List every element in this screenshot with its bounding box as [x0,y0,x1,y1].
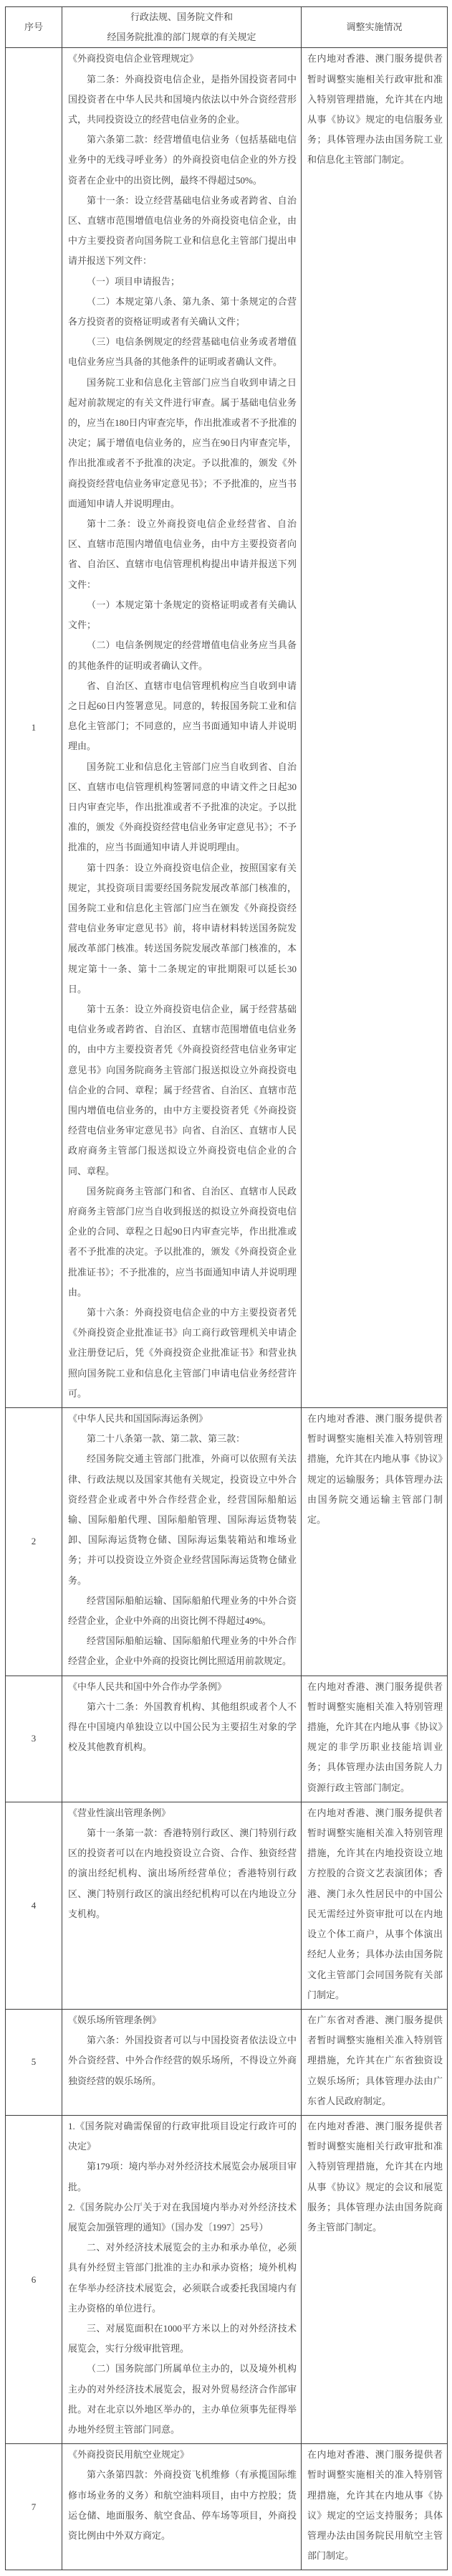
provisions-cell: 1.《国务院对确需保留的行政审批项目设定行政许可的决定》第179项：境内举办对外… [62,2115,302,2443]
paragraph: 第十二条：设立外商投资电信企业经营省、自治区、直辖市范围内增值电信业务，由中方主… [68,514,297,595]
provisions-cell: 《娱乐场所管理条例》第六条：外国投资者可以与中国投资者依法设立中外合资经营、中外… [62,2009,302,2115]
paragraph: 第十四条：设立外商投资电信企业，按照国家有关规定，其投资项目需要经国务院发展改革… [68,858,297,999]
header-adjustment: 调整实施情况 [302,7,448,48]
provisions-cell: 《外商投资电信企业管理规定》第二条：外商投资电信企业，是指外国投资者同中国投资者… [62,48,302,1408]
paragraph: 国务院商务主管部门和省、自治区、直辖市人民政府商务主管部门应当自收到报送的拟设立… [68,1182,297,1303]
header-provisions: 行政法规、国务院文件和 经国务院批准的部门规章的有关规定 [62,7,302,48]
paragraph: 在内地对香港、澳门服务提供者暂时调整实施相关准入特别管理措施，允许其在内地从事《… [307,1677,443,1798]
paragraph: （一）本规定第十条规定的资格证明或者有关确认文件； [68,595,297,635]
paragraph: 2.《国务院办公厅关于对在我国境内举办对外经济技术展览会加强管理的通知》（国办发… [68,2197,297,2238]
adjustment-cell: 在内地对香港、澳门服务提供者暂时调整实施相关准入特别管理措施，允许其在内地从事《… [302,1408,448,1676]
header-provisions-line1: 行政法规、国务院文件和 [65,7,298,27]
document-page: 序号 行政法规、国务院文件和 经国务院批准的部门规章的有关规定 调整实施情况 1… [0,0,452,2576]
table-body: 1《外商投资电信企业管理规定》第二条：外商投资电信企业，是指外国投资者同中国投资… [6,48,448,2570]
paragraph: 在内地对香港、澳门服务提供者暂时调整实施相关的准入特别管理措施，允许其在内地从事… [307,2445,443,2566]
adjustment-cell: 在内地对香港、澳门服务提供者暂时调整实施相关行政审批和准入特别管理措施，允许其在… [302,48,448,1408]
adjustment-cell: 在内地对香港、澳门服务提供者暂时调整实施相关准入特别管理措施，允许其在内地从事《… [302,1676,448,1802]
paragraph: 第十五条：设立外商投资电信企业，属于经营基础电信业务或者跨省、自治区、直辖市范围… [68,999,297,1182]
table-row: 7《外商投资民用航空业规定》第六条第四款：外商投资飞机维修（有承揽国际维修市场业… [6,2444,448,2570]
paragraph: 第六条：外国投资者可以与中国投资者依法设立中外合资经营、中外合作经营的娱乐场所，… [68,2030,297,2091]
adjustment-cell: 在内地对香港、澳门服务提供者暂时调整实施相关行政审批和准入特别管理措施，允许其在… [302,2115,448,2443]
paragraph: 在内地对香港、澳门服务提供者暂时调整实施相关行政审批和准入特别管理措施，允许其在… [307,49,443,170]
row-number-cell: 4 [6,1802,62,2009]
paragraph: 第六条第二款：经营增值电信业务（包括基础电信业务中的无线寻呼业务）的外商投资电信… [68,130,297,191]
header-row: 序号 行政法规、国务院文件和 经国务院批准的部门规章的有关规定 调整实施情况 [6,7,448,48]
row-number-cell: 3 [6,1676,62,1802]
row-number-cell: 1 [6,48,62,1408]
paragraph: 三、对展览面积在1000平方米以上的对外经济技术展览会，实行分级审批管理。 [68,2319,297,2359]
paragraph: 在广东省对香港、澳门服务提供者暂时调整实施相关准入特别管理措施，允许其在广东省独… [307,2010,443,2111]
paragraph: 《娱乐场所管理条例》 [68,2010,297,2030]
paragraph: 国务院工业和信息化主管部门应当自收到申请之日起对前款规定的有关文件进行审查。属于… [68,373,297,514]
paragraph: 国务院工业和信息化主管部门应当自收到省、自治区、直辖市电信管理机构签署同意的申请… [68,757,297,858]
paragraph: 第十六条：外商投资电信企业的中方主要投资者凭《外商投资企业批准证书》向工商行政管… [68,1303,297,1404]
paragraph: 第十一条第一款：香港特别行政区、澳门特别行政区的投资者可以在内地投资设立合资、合… [68,1823,297,1924]
paragraph: 经营国际船舶运输、国际船舶代理业务的中外合资经营企业，企业中外商的出资比例不得超… [68,1591,297,1631]
adjustment-cell: 在内地对香港、澳门服务提供者暂时调整实施相关准入特别管理措施，允许其在内地投资设… [302,1802,448,2009]
row-number-cell: 6 [6,2115,62,2443]
paragraph: 经国务院交通主管部门批准，外商可以依照有关法律、行政法规以及国家其他有关规定，投… [68,1449,297,1590]
row-number-cell: 2 [6,1408,62,1676]
table-row: 3《中华人民共和国中外合作办学条例》第六十二条：外国教育机构、其他组织或者个人不… [6,1676,448,1802]
paragraph: 第二条：外商投资电信企业，是指外国投资者同中国投资者在中华人民共和国境内依法以中… [68,70,297,130]
paragraph: 第二十八条第一款、第二款、第三款： [68,1429,297,1449]
paragraph: 第179项：境内举办对外经济技术展览会办展项目审批。 [68,2157,297,2197]
paragraph: （一）项目申请报告； [68,272,297,292]
paragraph: 第六十二条：外国教育机构、其他组织或者个人不得在中国境内单独设立以中国公民为主要… [68,1697,297,1758]
paragraph: （二）国务院部门所属单位主办的，以及境外机构主办的对外经济技术展览会，报对外贸易… [68,2359,297,2440]
paragraph: 在内地对香港、澳门服务提供者暂时调整实施相关准入特别管理措施，允许其在内地投资设… [307,1803,443,2005]
row-number-cell: 7 [6,2444,62,2570]
header-provisions-line2: 经国务院批准的部门规章的有关规定 [65,27,298,47]
adjustment-cell: 在广东省对香港、澳门服务提供者暂时调整实施相关准入特别管理措施，允许其在广东省独… [302,2009,448,2115]
header-serial-number: 序号 [6,7,62,48]
paragraph: 经营国际船舶运输、国际船舶代理业务的中外合作经营企业，企业中外商的投资比例比照适… [68,1631,297,1671]
table-header: 序号 行政法规、国务院文件和 经国务院批准的部门规章的有关规定 调整实施情况 [6,7,448,48]
paragraph: 在内地对香港、澳门服务提供者暂时调整实施相关准入特别管理措施，允许其在内地从事《… [307,1409,443,1530]
regulations-table: 序号 行政法规、国务院文件和 经国务院批准的部门规章的有关规定 调整实施情况 1… [5,6,448,2570]
paragraph: 《中华人民共和国中外合作办学条例》 [68,1677,297,1697]
table-row: 4《营业性演出管理条例》第十一条第一款：香港特别行政区、澳门特别行政区的投资者可… [6,1802,448,2009]
paragraph: 《外商投资民用航空业规定》 [68,2445,297,2465]
paragraph: 1.《国务院对确需保留的行政审批项目设定行政许可的决定》 [68,2116,297,2157]
paragraph: （二）电信条例规定的经营增值电信业务应当具备的其他条件的证明或者确认文件。 [68,635,297,675]
provisions-cell: 《中华人民共和国国际海运条例》第二十八条第一款、第二款、第三款：经国务院交通主管… [62,1408,302,1676]
provisions-cell: 《营业性演出管理条例》第十一条第一款：香港特别行政区、澳门特别行政区的投资者可以… [62,1802,302,2009]
adjustment-cell: 在内地对香港、澳门服务提供者暂时调整实施相关的准入特别管理措施，允许其在内地从事… [302,2444,448,2570]
paragraph: 在内地对香港、澳门服务提供者暂时调整实施相关行政审批和准入特别管理措施，允许其在… [307,2116,443,2238]
paragraph: 第六条第四款：外商投资飞机维修（有承揽国际维修市场业务的义务）和航空油料项目，由… [68,2465,297,2546]
table-row: 1《外商投资电信企业管理规定》第二条：外商投资电信企业，是指外国投资者同中国投资… [6,48,448,1408]
paragraph: 省、自治区、直辖市电信管理机构应当自收到申请之日起60日内签署意见。同意的，转报… [68,676,297,757]
paragraph: （二）本规定第八条、第九条、第十条规定的合营各方投资者的资格证明或者有关确认文件… [68,292,297,332]
provisions-cell: 《外商投资民用航空业规定》第六条第四款：外商投资飞机维修（有承揽国际维修市场业务… [62,2444,302,2570]
table-row: 5《娱乐场所管理条例》第六条：外国投资者可以与中国投资者依法设立中外合资经营、中… [6,2009,448,2115]
provisions-cell: 《中华人民共和国中外合作办学条例》第六十二条：外国教育机构、其他组织或者个人不得… [62,1676,302,1802]
paragraph: 二、对外经济技术展览会的主办和承办单位，必须具有外经贸主管部门批准的主办和承办资… [68,2238,297,2319]
table-row: 2《中华人民共和国国际海运条例》第二十八条第一款、第二款、第三款：经国务院交通主… [6,1408,448,1676]
paragraph: 《外商投资电信企业管理规定》 [68,49,297,69]
paragraph: 第十一条：设立经营基础电信业务或者跨省、自治区、直辖市范围增值电信业务的外商投资… [68,191,297,272]
row-number-cell: 5 [6,2009,62,2115]
paragraph: （三）电信条例规定的经营基础电信业务或者增值电信业务应当具备的其他条件的证明或者… [68,332,297,372]
table-row: 61.《国务院对确需保留的行政审批项目设定行政许可的决定》第179项：境内举办对… [6,2115,448,2443]
paragraph: 《中华人民共和国国际海运条例》 [68,1409,297,1429]
paragraph: 《营业性演出管理条例》 [68,1803,297,1823]
